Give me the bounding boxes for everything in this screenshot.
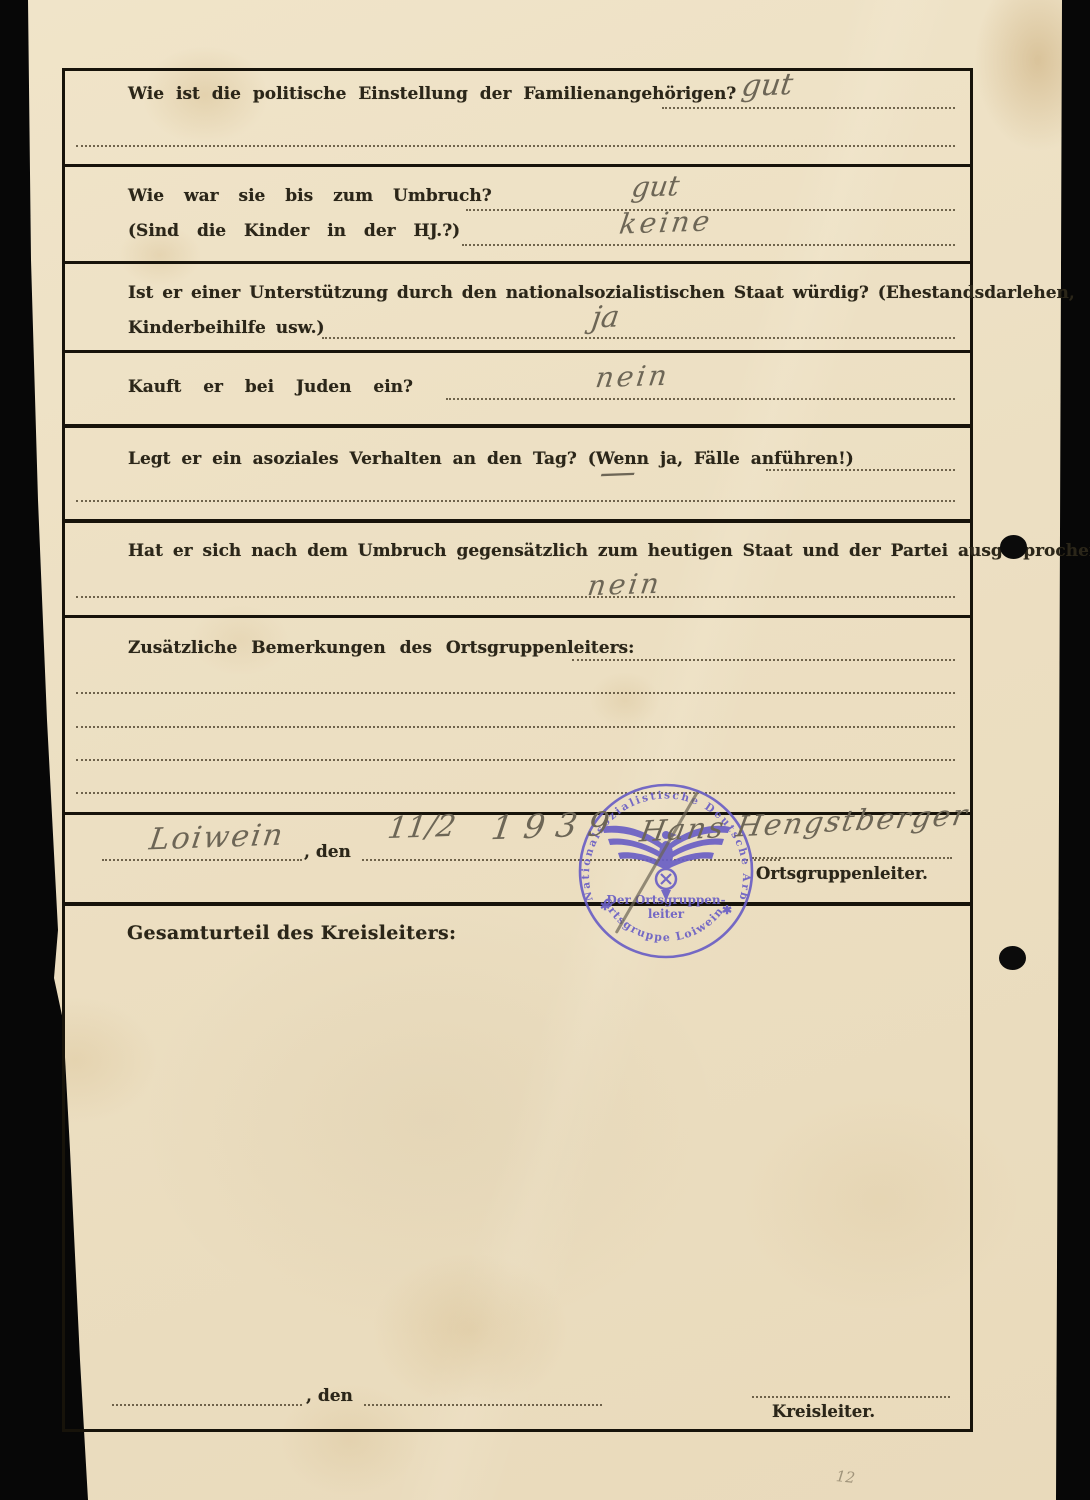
place-handwriting: Loiwein xyxy=(147,818,287,858)
dotted-line xyxy=(76,692,955,694)
kreisleiter-judgment-header: Gesamturteil des Kreisleiters: xyxy=(127,922,456,944)
form-box-kreisleiter xyxy=(62,903,973,1432)
dotted-line xyxy=(112,1404,302,1406)
dotted-line xyxy=(752,857,952,859)
dotted-line xyxy=(752,1396,950,1398)
answer-q6-handwriting: nein xyxy=(585,567,664,603)
star-icon: ✱ xyxy=(600,899,610,913)
date-day-handwriting: 11/2 xyxy=(385,809,458,846)
form-box-q3 xyxy=(62,261,973,353)
dotted-line xyxy=(76,792,955,794)
answer-q5-dash: — xyxy=(597,451,639,493)
ortsgruppenleiter-role-label: Ortsgruppenleiter. xyxy=(756,864,928,883)
dotted-line xyxy=(662,107,955,109)
question-politische-einstellung: Wie ist die politische Einstellung der F… xyxy=(128,84,736,104)
pencil-page-mark: 12 xyxy=(835,1467,856,1487)
question-bis-zum-umbruch: Wie war sie bis zum Umbruch? xyxy=(128,186,492,206)
dotted-line xyxy=(76,726,955,728)
stamp-title-line2: leiter xyxy=(648,907,685,921)
dotted-line xyxy=(76,759,955,761)
answer-q4-handwriting: nein xyxy=(593,359,672,395)
dotted-line xyxy=(76,596,955,598)
answer-q3-handwriting: ja xyxy=(589,300,621,336)
answer-q2a-handwriting: gut xyxy=(630,169,682,204)
question-juden-einkauf: Kauft er bei Juden ein? xyxy=(128,377,413,397)
dotted-line xyxy=(322,337,955,339)
dotted-line xyxy=(364,1404,602,1406)
question-asoziales-verhalten: Legt er ein asoziales Verhalten an den T… xyxy=(128,449,854,469)
dotted-line xyxy=(446,398,955,400)
dotted-line xyxy=(572,659,955,661)
remarks-header: Zusätzliche Bemerkungen des Ortsgruppenl… xyxy=(128,638,634,658)
form-box-q1 xyxy=(62,68,973,167)
question-unterstuetzung-line2: Kinderbeihilfe usw.) xyxy=(128,318,325,338)
date-year-handwriting: 1939 xyxy=(489,804,623,847)
question-kinder-hj: (Sind die Kinder in der HJ.?) xyxy=(128,221,460,241)
answer-q2b-handwriting: keine xyxy=(617,204,714,240)
den-label: , den xyxy=(304,842,351,862)
dotted-line xyxy=(76,145,955,147)
dotted-line xyxy=(462,244,955,246)
punch-hole xyxy=(1000,535,1027,559)
star-icon: ✱ xyxy=(722,903,732,917)
scanned-document-page: Wie ist die politische Einstellung der F… xyxy=(0,0,1090,1500)
answer-q1-handwriting: gut xyxy=(739,67,795,104)
form-box-q6 xyxy=(62,519,973,618)
dotted-line xyxy=(76,500,955,502)
form-box-q5 xyxy=(62,424,973,523)
form-box-q2 xyxy=(62,164,973,264)
dotted-line xyxy=(766,469,955,471)
kreisleiter-role-label: Kreisleiter. xyxy=(772,1402,875,1421)
den-label-bottom: , den xyxy=(306,1386,353,1406)
question-gegensaetzlich-geaeussert: Hat er sich nach dem Umbruch gegensätzli… xyxy=(128,541,1090,561)
punch-hole xyxy=(999,946,1026,970)
dotted-line xyxy=(102,859,302,861)
